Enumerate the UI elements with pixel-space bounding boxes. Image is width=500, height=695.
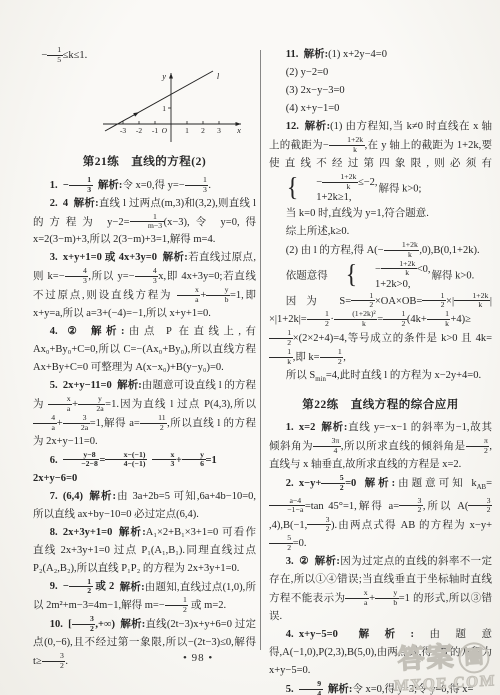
right-column: 11. 解析:(1) x+2y−4=0(2) y−2=0(3) 2x−y−3=0…: [269, 46, 492, 695]
solution-line: (3) 2x−y−3=0: [269, 82, 492, 100]
problem-10: 10. [32,+∞) 解析:直线(2t−3)x+y+6=0 过定点(0,−6)…: [33, 615, 256, 671]
jiexi-label: 解析:: [343, 629, 414, 640]
column-divider: [260, 50, 261, 650]
fraction: 13: [69, 176, 93, 194]
fraction: 12: [320, 348, 344, 366]
graph-label: 2: [201, 126, 205, 135]
fraction: xa: [48, 395, 72, 413]
fraction: 43: [135, 267, 159, 285]
solution-line: 综上所述,k≥0.: [269, 223, 492, 241]
problem-number-and-answer: 2. x−y+52=0: [286, 478, 357, 489]
fraction: π2: [466, 437, 490, 455]
fraction: 13: [185, 176, 209, 194]
coordinate-graph: -3-2-11231Oyxl: [95, 68, 256, 146]
problem-number-and-answer: 4. x+y−5=0: [286, 629, 338, 640]
fraction: 12: [383, 310, 407, 328]
fraction: 3π4: [313, 437, 341, 455]
fraction: yb: [375, 589, 399, 607]
jiexi-label: 解析:: [362, 478, 396, 489]
fraction: 1+2kk: [454, 292, 490, 310]
jiexi-label: 解析:: [87, 326, 125, 337]
fraction: 112: [140, 414, 167, 432]
fraction: 1+2kk: [329, 136, 365, 154]
fraction: 32a: [63, 414, 90, 432]
fraction: 1m−3: [130, 213, 164, 231]
page-number: • 98 •: [183, 652, 213, 664]
problem22-2: 2. x−y+52=0 解析:由题意可知 kAB=a−4−1−a=tan 45°…: [269, 474, 492, 553]
fraction: 52: [321, 474, 345, 492]
jiexi-label: 解析:: [119, 581, 144, 592]
problem-11: 11. 解析:(1) x+2y−4=0: [269, 46, 492, 64]
fraction: 43: [65, 267, 89, 285]
jiexi-label: 解析:: [73, 198, 98, 209]
fraction: 15: [47, 46, 62, 64]
solution-line: (2) y−2=0: [269, 64, 492, 82]
solution-line: (2) 由 l 的方程,得 A(−1+2kk,0),B(0,1+2k).: [269, 241, 492, 260]
jiexi-label: 解析:: [304, 121, 330, 132]
jiexi-label: 解析:: [162, 252, 188, 263]
problem-number-and-answer: 2. 4: [50, 198, 68, 209]
graph-label: x: [236, 125, 241, 135]
problem-number-and-answer: 8. 2x+3y+1=0: [50, 527, 113, 538]
graph-label: O: [162, 126, 168, 135]
watermark-logo: 答案圈: [392, 639, 496, 678]
section-title-lesson21: 第21练 直线的方程(2): [33, 153, 256, 171]
jiexi-label: 解析:: [328, 684, 353, 695]
fraction: 1+2kk: [384, 241, 420, 259]
fraction: y−8−2−8: [63, 451, 99, 469]
lesson21-solutions: 1. −13 解析:令 x=0,得 y=−13.2. 4 解析:直线 l 过两点…: [33, 176, 256, 671]
problem-4: 4. ② 解析:由点 P 在直线上,有 Ax₀+By₀+C=0,所以 C=−(A…: [33, 323, 256, 377]
fraction: 4a: [33, 414, 57, 432]
fraction: 32: [399, 497, 423, 515]
fraction: 12: [269, 329, 293, 347]
problem-number-and-answer: 3. ②: [286, 556, 309, 567]
fraction: 12: [165, 596, 189, 614]
problem-8: 8. 2x+3y+1=0 解析:A₁×2+B₁×3+1=0 可看作直线 2x+3…: [33, 524, 256, 578]
problem-3: 3. x+y+1=0 或 4x+3y=0 解析:若直线过原点,则 k=−43,所…: [33, 249, 256, 323]
graph-label: y: [161, 71, 166, 81]
jiexi-label: 解析:: [88, 491, 116, 502]
fraction: 12: [422, 292, 446, 310]
fraction: 32: [42, 652, 66, 670]
graph-label: -1: [152, 126, 158, 135]
solution-line: (4) x+y−1=0: [269, 100, 492, 118]
book-page: −15≤k≤1. -3-2-11231Oyxl 第21练 直线的方程(2) 1.…: [0, 0, 500, 695]
answer-fragment-k-range: −15≤k≤1.: [33, 46, 256, 65]
graph-label: -2: [136, 126, 142, 135]
section-title-lesson22: 第22练 直线方程的综合应用: [269, 396, 492, 414]
problem-6: 6. y−8−2−8=x−(−1)4−(−1) x3+y6=1 2x+y−6=0: [33, 451, 256, 488]
fraction: a−4−1−a: [269, 497, 305, 515]
problem-number-and-answer: 11.: [286, 49, 299, 60]
fraction: 32: [72, 615, 96, 633]
fraction: 32: [307, 516, 331, 534]
problem-number-and-answer: 1. −13: [50, 180, 93, 191]
fraction: 12: [351, 292, 375, 310]
problem-number-and-answer: 10. [32,+∞): [50, 619, 115, 630]
jiexi-label: 解析:: [304, 49, 329, 60]
solution-line: 依题意得{−1+2kk<0,1+2k>0,解得 k>0.: [269, 260, 492, 292]
fraction: x3: [152, 451, 176, 469]
fraction: 1+2kk: [381, 260, 417, 278]
fraction: yb: [206, 286, 230, 304]
fraction: 12: [69, 578, 93, 596]
graph-label: 1: [185, 126, 189, 135]
fraction: 52: [269, 534, 293, 552]
solution-line: 因为 S=12×OA×OB=12×|1+2kk|×|1+2k|=12·(1+2k…: [269, 292, 492, 367]
problem-number-and-answer: 3. x+y+1=0 或 4x+3y=0: [50, 252, 157, 263]
watermark: 答案圈 MXQE.COM: [392, 639, 497, 695]
fraction: y2a: [78, 395, 105, 413]
problem-2: 2. 4 解析:直线 l 过两点(m,3)和(3,2),则直线 l 的方程为 y…: [33, 195, 256, 250]
equation-system: {−1+2kk<0,1+2k>0,: [329, 260, 431, 292]
problem-number-and-answer: 5. 2x+y−11=0: [50, 380, 112, 391]
jiexi-label: 解析:: [120, 619, 145, 630]
problem-5: 5. 2x+y−11=0 解析:由题意可设直线 l 的方程为 xa+y2a=1.…: [33, 377, 256, 451]
problem-number-and-answer: 1. x=2: [286, 422, 316, 433]
problem22-3: 3. ② 解析:因为过定点的直线的斜率不一定存在,所以①④错误;当直线垂直于坐标…: [269, 553, 492, 626]
jiexi-label: 解析:: [321, 422, 348, 433]
fraction: 94: [299, 680, 323, 695]
problem-number-and-answer: 5. 94: [286, 684, 323, 695]
left-column: −15≤k≤1. -3-2-11231Oyxl 第21练 直线的方程(2) 1.…: [33, 46, 256, 671]
jiexi-label: 解析:: [118, 527, 146, 538]
problem-number-and-answer: 4. ②: [50, 326, 81, 337]
fraction: xa: [345, 589, 369, 607]
graph-label: 3: [217, 126, 221, 135]
fraction: 12: [307, 310, 331, 328]
problem-number-and-answer: 9. −12 或 2: [50, 581, 114, 592]
fraction: 1k: [427, 310, 451, 328]
fraction: (1+2k)²k: [334, 310, 377, 328]
graph-label: 1: [162, 104, 166, 113]
fraction: x−(−1)4−(−1): [105, 451, 147, 469]
problem-12: 12. 解析:(1) 由方程知,当 k≠0 时直线在 x 轴上的截距为−1+2k…: [269, 118, 492, 205]
graph-label: -3: [120, 126, 126, 135]
problem-9: 9. −12 或 2 解析:由题知,直线过点(1,0),所以 2m²+m−3=4…: [33, 578, 256, 616]
problem-7: 7. (6,4) 解析:由 3a+2b=5 可知,6a+4b−10=0,所以直线…: [33, 488, 256, 524]
problem-number-and-answer: 7. (6,4): [50, 491, 83, 502]
problem22-1: 1. x=2 解析:直线 y=−x−1 的斜率为−1,故其倾斜角为3π4,所以所…: [269, 419, 492, 474]
fraction: 1+2kk: [322, 173, 358, 191]
fraction: 1k: [269, 348, 293, 366]
graph-label: l: [217, 71, 220, 81]
watermark-circle-badge: 圈: [458, 642, 491, 675]
jiexi-label: 解析:: [117, 380, 142, 391]
problem-number-and-answer: 6. y−8−2−8=x−(−1)4−(−1) x3+y6=1 2x+y−6=0: [33, 455, 222, 484]
problem-number-and-answer: 12.: [286, 121, 299, 132]
fraction: y6: [182, 451, 206, 469]
lesson21-solutions-continued: 11. 解析:(1) x+2y−4=0(2) y−2=0(3) 2x−y−3=0…: [269, 46, 492, 389]
problem-1: 1. −13 解析:令 x=0,得 y=−13.: [33, 176, 256, 195]
jiexi-label: 解析:: [98, 180, 123, 191]
fraction: 32: [468, 497, 492, 515]
equation-system: {−1+2kk≤−2,1+2k≥1,: [270, 173, 378, 205]
fraction: xa: [177, 286, 201, 304]
solution-line: 当 k=0 时,直线为 y=1,符合题意.: [269, 205, 492, 223]
jiexi-label: 解析:: [314, 556, 340, 567]
solution-line: 所以 Smin=4,此时直线 l 的方程为 x−2y+4=0.: [269, 367, 492, 389]
